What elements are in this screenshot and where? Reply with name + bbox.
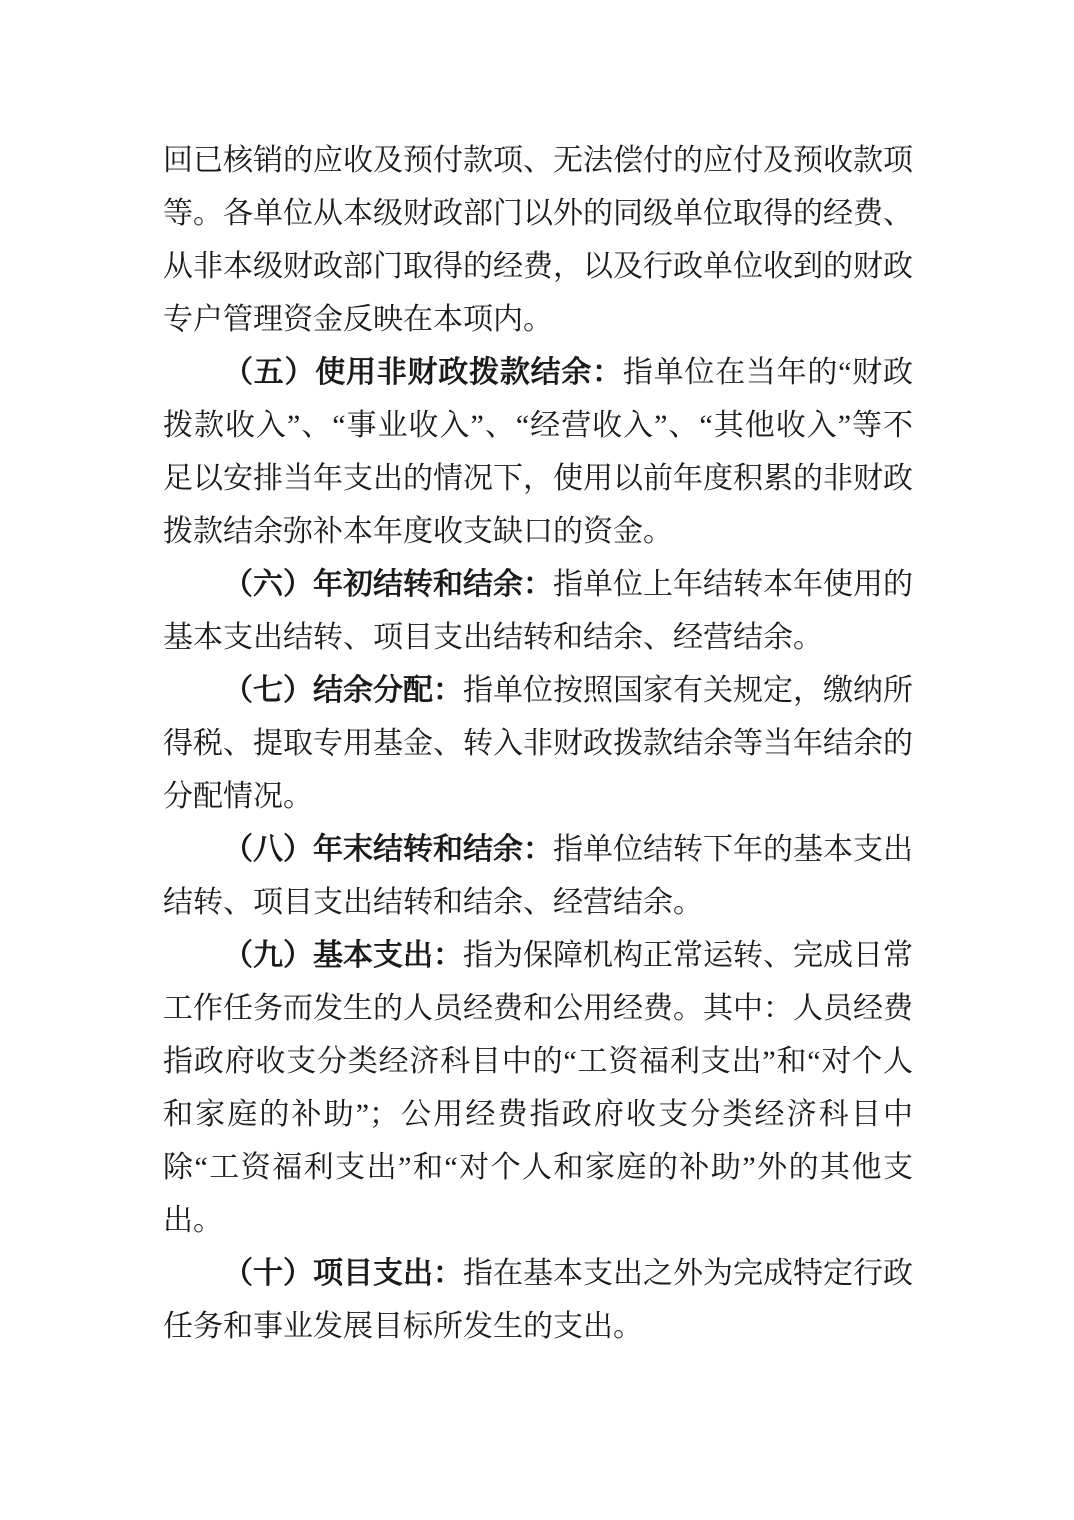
section-9-lead: （九）基本支出： bbox=[223, 939, 463, 972]
paragraph-text: 指为保障机构正常运转、完成日常工作任务而发生的人员经费和公用经费。其中：人员经费… bbox=[163, 939, 913, 1237]
section-7-lead: （七）结余分配： bbox=[223, 674, 463, 707]
document-body: 回已核销的应收及预付款项、无法偿付的应付及预收款项等。各单位从本级财政部门以外的… bbox=[163, 134, 913, 1353]
paragraph-text: 回已核销的应收及预付款项、无法偿付的应付及预收款项等。各单位从本级财政部门以外的… bbox=[163, 144, 913, 336]
document-page: 回已核销的应收及预付款项、无法偿付的应付及预收款项等。各单位从本级财政部门以外的… bbox=[0, 0, 1074, 1520]
section-6-lead: （六）年初结转和结余： bbox=[223, 568, 553, 601]
section-5-lead: （五）使用非财政拨款结余： bbox=[223, 356, 623, 389]
paragraph-section-5: （五）使用非财政拨款结余：指单位在当年的“财政拨款收入”、“事业收入”、“经营收… bbox=[163, 346, 913, 558]
section-10-lead: （十）项目支出： bbox=[223, 1257, 463, 1290]
paragraph-section-9: （九）基本支出：指为保障机构正常运转、完成日常工作任务而发生的人员经费和公用经费… bbox=[163, 929, 913, 1247]
paragraph-section-8: （八）年末结转和结余：指单位结转下年的基本支出结转、项目支出结转和结余、经营结余… bbox=[163, 823, 913, 929]
paragraph-section-10: （十）项目支出：指在基本支出之外为完成特定行政任务和事业发展目标所发生的支出。 bbox=[163, 1247, 913, 1353]
paragraph-continuation: 回已核销的应收及预付款项、无法偿付的应付及预收款项等。各单位从本级财政部门以外的… bbox=[163, 134, 913, 346]
paragraph-section-6: （六）年初结转和结余：指单位上年结转本年使用的基本支出结转、项目支出结转和结余、… bbox=[163, 558, 913, 664]
section-8-lead: （八）年末结转和结余： bbox=[223, 833, 553, 866]
paragraph-section-7: （七）结余分配：指单位按照国家有关规定，缴纳所得税、提取专用基金、转入非财政拨款… bbox=[163, 664, 913, 823]
